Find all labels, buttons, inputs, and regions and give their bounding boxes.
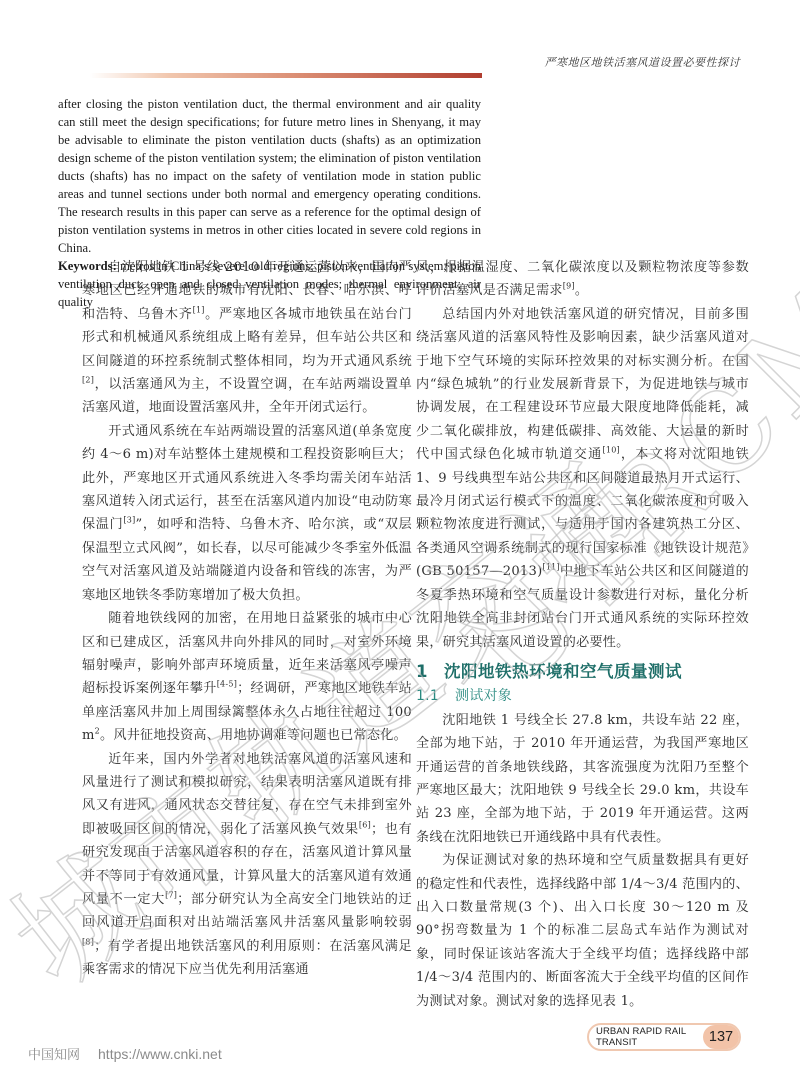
source-footer: 中国知网https://www.cnki.net <box>28 1044 222 1063</box>
citation[interactable]: [3] <box>123 516 135 525</box>
citation[interactable]: [11] <box>542 563 559 572</box>
header-divider-bar <box>90 73 482 78</box>
citation[interactable]: [4-5] <box>217 680 237 689</box>
citation[interactable]: [1] <box>193 305 205 314</box>
citation[interactable]: [8] <box>82 937 94 946</box>
citation[interactable]: [6] <box>359 820 371 829</box>
right-column: 风，根据温湿度、二氧化碳浓度以及颗粒物浓度等参数评价活塞风是否满足需求[9]。 … <box>416 256 749 1013</box>
paragraph: 自沈阳地铁 1 号线 2010 年开通运营以来，国内严寒地区已经开通地铁的城市有… <box>82 256 412 420</box>
citation[interactable]: [7] <box>165 891 177 900</box>
journal-name: URBAN RAPID RAIL TRANSIT <box>589 1026 703 1048</box>
journal-badge: URBAN RAPID RAIL TRANSIT 137 <box>587 1023 741 1051</box>
source-name: 中国知网 <box>28 1048 80 1063</box>
paragraph: 开式通风系统在车站两端设置的活塞风道(单条宽度约 4～6 m)对车站整体土建规模… <box>82 420 412 607</box>
running-title: 严寒地区地铁活塞风道设置必要性探讨 <box>545 54 741 70</box>
section-heading: 1沈阳地铁热环境和空气质量测试 <box>416 660 749 683</box>
paragraph: 风，根据温湿度、二氧化碳浓度以及颗粒物浓度等参数评价活塞风是否满足需求[9]。 <box>416 256 749 303</box>
citation[interactable]: [9] <box>563 282 575 291</box>
subsection-heading: 1.1测试对象 <box>416 685 749 708</box>
paragraph: 随着地铁线网的加密，在用地日益紧张的城市中心区和已建成区，活塞风井向外排风的同时… <box>82 607 412 747</box>
source-url[interactable]: https://www.cnki.net <box>98 1046 222 1062</box>
citation[interactable]: [2] <box>82 376 94 385</box>
paragraph: 沈阳地铁 1 号线全长 27.8 km，共设车站 22 座，全部为地下站，于 2… <box>416 709 749 849</box>
page-number: 137 <box>703 1025 739 1049</box>
left-column: 自沈阳地铁 1 号线 2010 年开通运营以来，国内严寒地区已经开通地铁的城市有… <box>82 256 412 982</box>
abstract-text: after closing the piston ventilation duc… <box>58 95 481 257</box>
paragraph: 总结国内外对地铁活塞风道的研究情况，目前多围绕活塞风道的活塞风特性及影响因素，缺… <box>416 303 749 654</box>
paragraph: 近年来，国内外学者对地铁活塞风道的活塞风速和风量进行了测试和模拟研究，结果表明活… <box>82 748 412 982</box>
paragraph: 为保证测试对象的热环境和空气质量数据具有更好的稳定性和代表性，选择线路中部 1/… <box>416 849 749 1013</box>
citation[interactable]: [10] <box>602 446 619 455</box>
